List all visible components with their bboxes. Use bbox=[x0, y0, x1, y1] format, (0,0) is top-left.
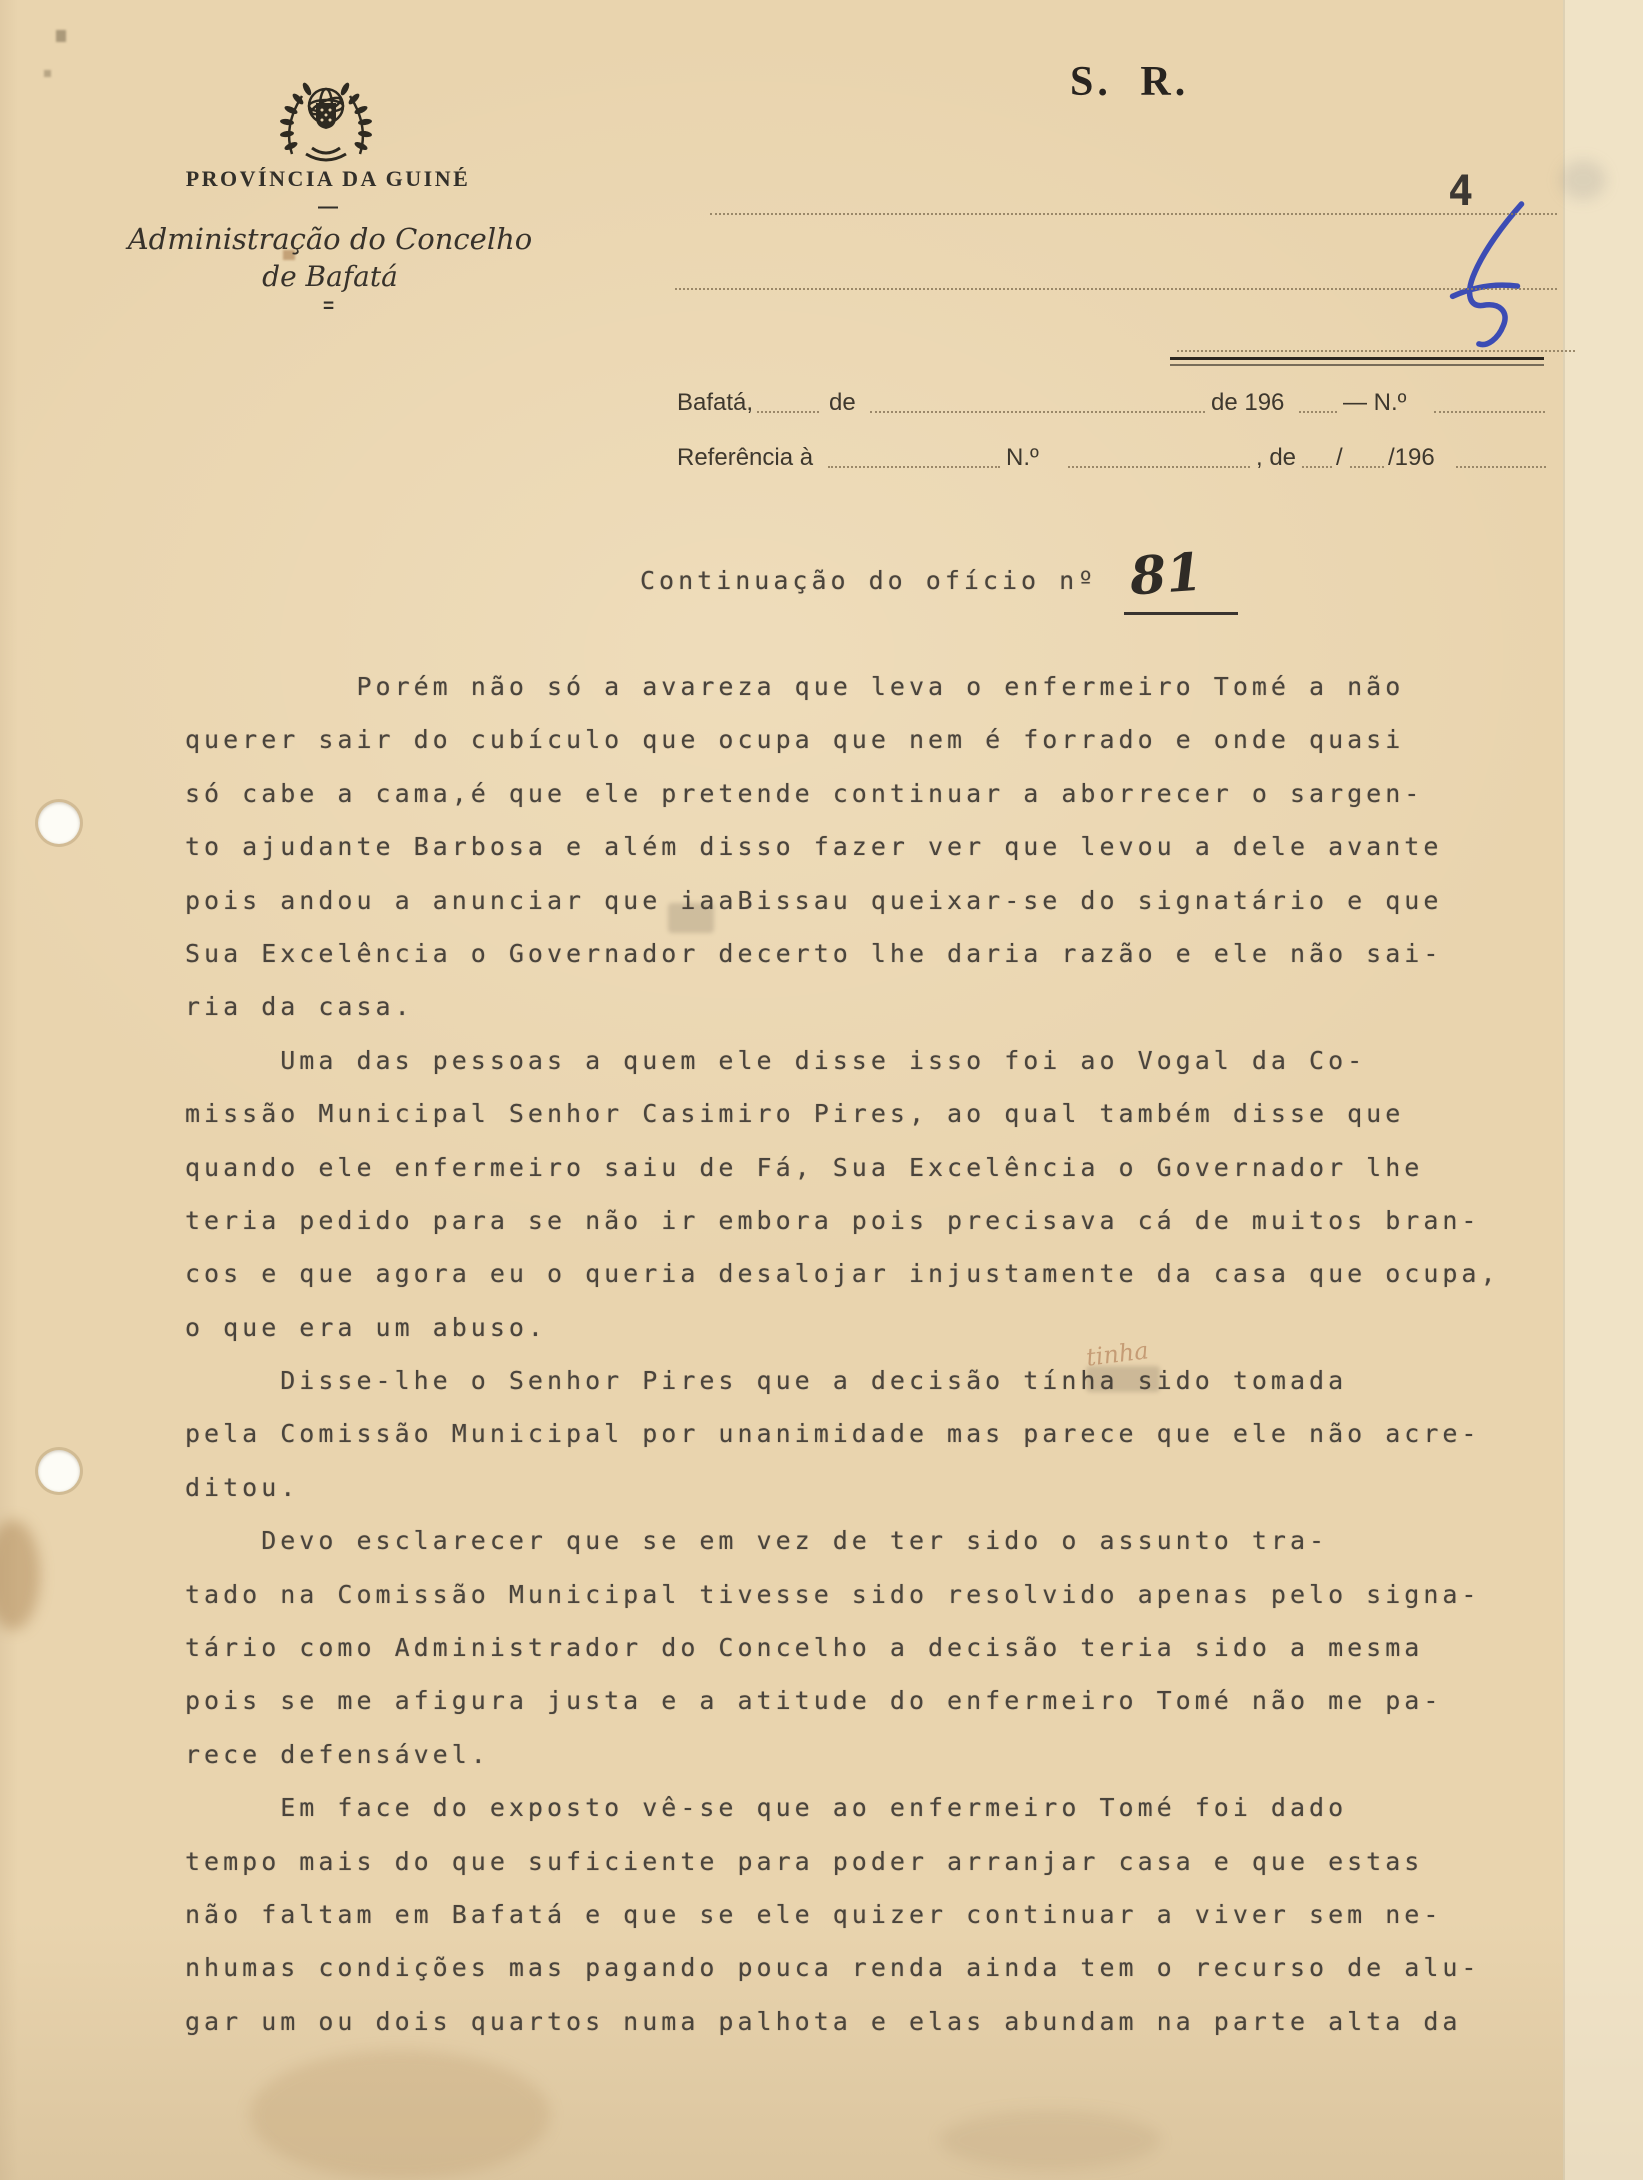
body-line: pois andou a anunciar que iaaBissau quei… bbox=[185, 874, 1545, 927]
body-line: Sua Excelência o Governador decerto lhe … bbox=[185, 927, 1545, 980]
body-line: pela Comissão Municipal por unanimidade … bbox=[185, 1407, 1545, 1460]
form-blank-ref-month bbox=[1350, 466, 1384, 468]
form-year-label: de 196 bbox=[1211, 389, 1284, 417]
body-line: tempo mais do que suficiente para poder … bbox=[185, 1835, 1545, 1888]
scanned-letter-page: PROVÍNCIA DA GUINÉ — Administração do Co… bbox=[0, 0, 1643, 2180]
handwritten-oficio-number: 81 bbox=[1128, 542, 1204, 608]
letterhead-equals-mark: = bbox=[150, 296, 506, 318]
form-blank-reference bbox=[828, 466, 1000, 468]
letterhead-office-line1: Administração do Concelho bbox=[120, 222, 540, 256]
body-line: cos e que agora eu o queria desalojar in… bbox=[185, 1247, 1545, 1300]
body-line: gar um ou dois quartos numa palhota e el… bbox=[185, 1995, 1545, 2048]
body-line: o que era um abuso. bbox=[185, 1301, 1545, 1354]
double-rule bbox=[1170, 357, 1544, 366]
smudge-top-right bbox=[1560, 160, 1606, 200]
overstrike-smudge-bissau bbox=[668, 903, 714, 933]
handwritten-number-5 bbox=[1436, 198, 1532, 350]
body-line: to ajudante Barbosa e além disso fazer v… bbox=[185, 820, 1545, 873]
punch-hole-bottom bbox=[38, 1450, 80, 1492]
form-comma-de-label: , de bbox=[1256, 444, 1296, 472]
form-reference-label: Referência à bbox=[677, 444, 813, 472]
stain-left-edge bbox=[0, 1520, 40, 1630]
stain-bottom-left bbox=[250, 2050, 550, 2180]
paper-right-edge bbox=[1563, 0, 1643, 2180]
document-title: Continuação do ofício nº bbox=[640, 566, 1097, 595]
dotted-line-3 bbox=[1177, 350, 1575, 352]
body-line: teria pedido para se não ir embora pois … bbox=[185, 1194, 1545, 1247]
title-underline bbox=[1124, 612, 1238, 615]
form-slash-label: / bbox=[1336, 444, 1343, 472]
body-line: Disse-lhe o Senhor Pires que a decisão t… bbox=[185, 1354, 1545, 1407]
classification-mark: S. R. bbox=[1070, 58, 1189, 106]
body-line: rece defensável. bbox=[185, 1728, 1545, 1781]
body-line: Porém não só a avareza que leva o enferm… bbox=[185, 660, 1545, 713]
pencil-mark-top-left-2 bbox=[44, 70, 51, 77]
form-number-label: — N.º bbox=[1343, 389, 1406, 417]
form-blank-day bbox=[757, 411, 819, 413]
form-blank-month bbox=[870, 411, 1205, 413]
dotted-line-2 bbox=[675, 288, 1557, 290]
form-blank-ref-day bbox=[1302, 466, 1332, 468]
form-ref-number-label: N.º bbox=[1006, 444, 1039, 472]
letterhead-office-line2: de Bafatá bbox=[120, 260, 540, 293]
body-line: Devo esclarecer que se em vez de ter sid… bbox=[185, 1514, 1545, 1567]
body-line: pois se me afigura justa e a atitude do … bbox=[185, 1674, 1545, 1727]
body-line: tário como Administrador do Concelho a d… bbox=[185, 1621, 1545, 1674]
form-blank-ref-year bbox=[1456, 466, 1546, 468]
body-line: tado na Comissão Municipal tivesse sido … bbox=[185, 1568, 1545, 1621]
letterhead-province: PROVÍNCIA DA GUINÉ bbox=[150, 166, 506, 192]
pencil-mark-top-left bbox=[56, 30, 66, 42]
form-city-label: Bafatá, bbox=[677, 389, 753, 417]
body-line: querer sair do cubículo que ocupa que ne… bbox=[185, 713, 1545, 766]
form-blank-year bbox=[1299, 411, 1337, 413]
stain-bottom-center bbox=[940, 2110, 1160, 2170]
form-blank-number bbox=[1434, 411, 1545, 413]
body-line: nhumas condições mas pagando pouca renda… bbox=[185, 1941, 1545, 1994]
form-slash-year-label: /196 bbox=[1388, 444, 1435, 472]
body-line: ditou. bbox=[185, 1461, 1545, 1514]
form-de-label: de bbox=[829, 389, 856, 417]
body-line: Em face do exposto vê-se que ao enfermei… bbox=[185, 1781, 1545, 1834]
body-line: Uma das pessoas a quem ele disse isso fo… bbox=[185, 1034, 1545, 1087]
letter-body: Porém não só a avareza que leva o enferm… bbox=[185, 660, 1545, 2048]
body-line: só cabe a cama,é que ele pretende contin… bbox=[185, 767, 1545, 820]
coat-of-arms-icon bbox=[276, 76, 376, 166]
body-line: ria da casa. bbox=[185, 980, 1545, 1033]
body-line: quando ele enfermeiro saiu de Fá, Sua Ex… bbox=[185, 1141, 1545, 1194]
body-line: não faltam em Bafatá e que se ele quizer… bbox=[185, 1888, 1545, 1941]
form-blank-ref-number bbox=[1068, 466, 1250, 468]
dotted-line-1 bbox=[710, 213, 1557, 215]
body-line: missão Municipal Senhor Casimiro Pires, … bbox=[185, 1087, 1545, 1140]
letterhead-dash: — bbox=[150, 196, 506, 219]
punch-hole-top bbox=[38, 802, 80, 844]
